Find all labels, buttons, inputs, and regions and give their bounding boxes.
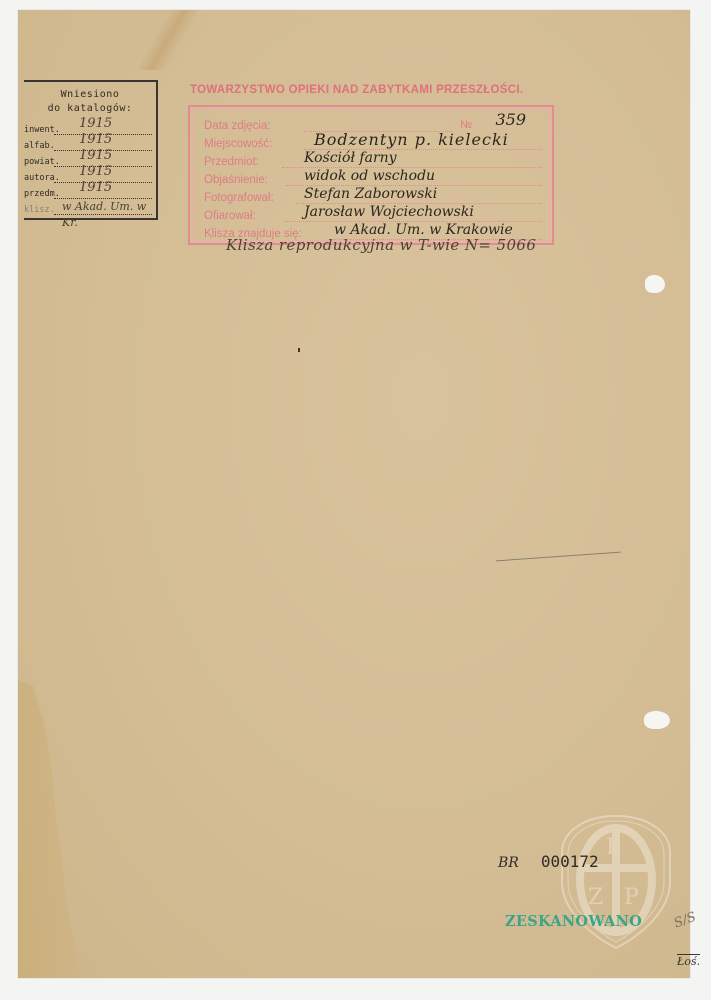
photo-number: 359 <box>495 112 526 128</box>
field-label: Fotografował: <box>204 190 274 206</box>
catalog-row-value: 1915 <box>79 164 112 180</box>
catalog-row-value: 1915 <box>79 116 112 132</box>
field-label: Miejscowość: <box>204 136 272 152</box>
inventory-prefix: BR <box>498 855 519 871</box>
field-description: Objaśnienie: widok od wschodu <box>204 171 542 187</box>
catalog-row: klisz. w Akad. Um. w Kr. <box>24 202 156 218</box>
water-stain-left <box>18 680 93 978</box>
catalog-row-label: klisz. <box>24 202 55 218</box>
pzp-emblem-icon: P Z P <box>558 812 674 952</box>
svg-text:P: P <box>624 885 639 910</box>
punch-hole-upper <box>645 275 665 293</box>
scanned-stamp: ZESKANOWANO <box>505 913 642 930</box>
catalog-row-label: alfab. <box>24 138 55 154</box>
field-label: Data zdjęcia: <box>204 118 270 134</box>
field-location: Miejscowość: Bodzentyn p. kielecki <box>204 135 542 151</box>
field-label: Przedmiot: <box>204 154 259 170</box>
field-label: Ofiarował: <box>204 208 256 224</box>
svg-text:Z: Z <box>588 885 603 910</box>
catalog-row-label: inwent. <box>24 122 60 138</box>
inventory-code: BR000172 <box>498 852 599 871</box>
catalog-row-value: w Akad. Um. w Kr. <box>62 199 156 231</box>
corner-note-lower: Łoś. <box>677 954 700 968</box>
catalog-row-label: powiat. <box>24 154 60 170</box>
field-photographer: Fotografował: Stefan Zaborowski <box>204 189 542 205</box>
svg-text:P: P <box>606 835 621 860</box>
water-stain-top <box>138 10 208 70</box>
punch-hole-lower <box>644 711 670 729</box>
catalog-row-value: 1915 <box>79 132 112 148</box>
catalog-row-value: 1915 <box>79 180 112 196</box>
field-subject: Przedmiot: Kościół farny <box>204 153 542 169</box>
field-label: Objaśnienie: <box>204 172 268 188</box>
field-value: Jarosław Wojciechowski <box>304 204 474 220</box>
field-value: Kościół farny <box>304 150 397 166</box>
field-donor: Ofiarował: Jarosław Wojciechowski <box>204 207 542 223</box>
catalog-row-label: autora. <box>24 170 60 186</box>
catalog-row-value: 1915 <box>79 148 112 164</box>
catalog-card: Wniesiono do katalogów: inwent. 1915 alf… <box>18 10 690 978</box>
catalog-registration-box: Wniesiono do katalogów: inwent. 1915 alf… <box>24 80 158 220</box>
handwritten-reproduction-note: Klisza reprodukcyjna w T-wie N= 5066 <box>226 236 536 254</box>
inventory-number: 000172 <box>541 852 599 871</box>
society-header: TOWARZYSTWO OPIEKI NAD ZABYTKAMI PRZESZŁ… <box>190 84 550 96</box>
field-value: widok od wschodu <box>304 168 435 184</box>
field-value: Bodzentyn p. kielecki <box>314 132 509 148</box>
field-value: Stefan Zaborowski <box>304 186 437 202</box>
catalog-title-line1: Wniesiono <box>24 88 156 102</box>
corner-note-upper: S/S <box>672 910 698 932</box>
ink-speck <box>298 348 300 352</box>
photo-record-stamp: Data zdjęcia: № 359 Miejscowość: Bodzent… <box>188 105 554 245</box>
catalog-title-line2: do katalogów: <box>24 102 156 116</box>
catalog-row-label: przedm. <box>24 186 60 202</box>
pencil-stroke <box>496 552 621 562</box>
